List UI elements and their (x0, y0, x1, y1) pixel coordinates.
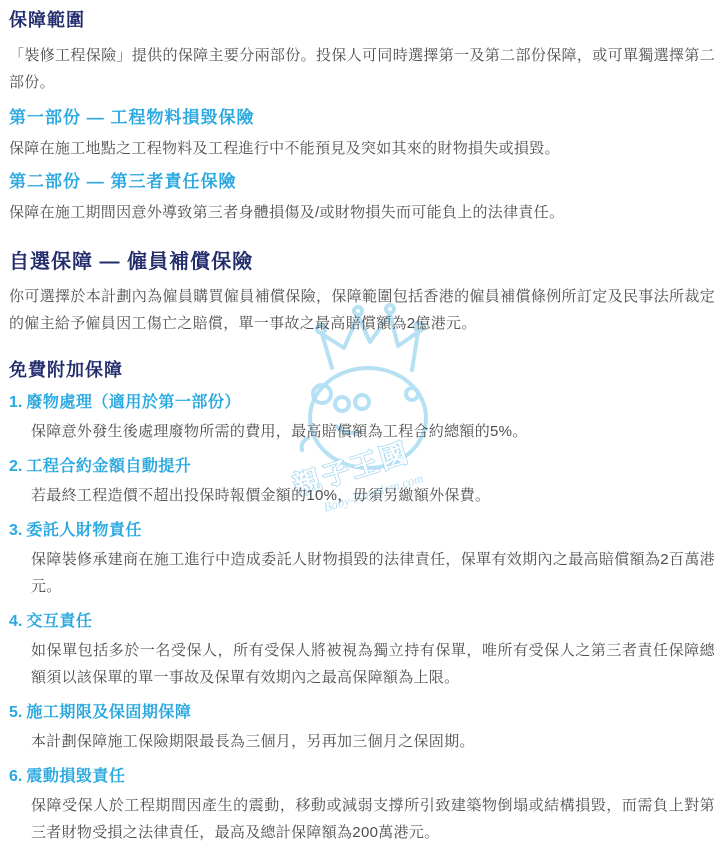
free-item-3-title: 委託人財物責任 (26, 522, 142, 539)
free-item-5-heading: 5.施工期限及保固期保障 (9, 703, 715, 723)
free-item-2-heading: 2.工程合約金額自動提升 (9, 457, 715, 477)
free-item-4-number: 4. (9, 613, 22, 630)
free-item-1-number: 1. (9, 394, 22, 411)
free-item-3-body: 保障裝修承建商在施工進行中造成委託人財物損毀的法律責任，保單有效期內之最高賠償額… (31, 546, 715, 600)
coverage-scope-title: 保障範圍 (9, 10, 715, 31)
free-item-3-heading: 3.委託人財物責任 (9, 521, 715, 541)
insurance-coverage-document: 親子王國 Baby-Kingdom.com 保障範圍 「裝修工程保險」提供的保障… (0, 0, 724, 856)
free-item-2-body: 若最終工程造價不超出投保時報價金額的10%，毋須另繳額外保費。 (31, 482, 715, 509)
free-additional-heading: 免費附加保障 (9, 360, 715, 381)
free-item-6-heading: 6.震動損毀責任 (9, 767, 715, 787)
free-item-1-body: 保障意外發生後處理廢物所需的費用，最高賠償額為工程合約總額的5%。 (31, 418, 715, 445)
part-two-heading: 第二部份 — 第三者責任保險 (9, 172, 715, 192)
free-item-4-body: 如保單包括多於一名受保人，所有受保人將被視為獨立持有保單，唯所有受保人之第三者責… (31, 637, 715, 691)
free-item-1-title: 廢物處理（適用於第一部份） (26, 394, 241, 411)
part-one-heading: 第一部份 — 工程物料損毀保險 (9, 108, 715, 128)
free-item-1-heading: 1.廢物處理（適用於第一部份） (9, 393, 715, 413)
free-item-6-body: 保障受保人於工程期間因產生的震動，移動或減弱支撐所引致建築物倒塌或結構損毀，而需… (31, 792, 715, 846)
free-item-4-heading: 4.交互責任 (9, 612, 715, 632)
free-item-2-title: 工程合約金額自動提升 (26, 458, 191, 475)
free-item-2-number: 2. (9, 458, 22, 475)
optional-cover-body: 你可選擇於本計劃內為僱員購買僱員補償保險，保障範圍包括香港的僱員補償條例所訂定及… (9, 283, 715, 337)
free-item-4-title: 交互責任 (26, 613, 92, 630)
part-two-body: 保障在施工期間因意外導致第三者身體損傷及/或財物損失而可能負上的法律責任。 (9, 199, 715, 226)
free-item-6-title: 震動損毀責任 (26, 768, 125, 785)
intro-paragraph: 「裝修工程保險」提供的保障主要分兩部份。投保人可同時選擇第一及第二部份保障，或可… (9, 42, 715, 96)
part-one-body: 保障在施工地點之工程物料及工程進行中不能預見及突如其來的財物損失或損毀。 (9, 135, 715, 162)
free-item-5-title: 施工期限及保固期保障 (26, 704, 191, 721)
free-item-6-number: 6. (9, 768, 22, 785)
free-item-5-body: 本計劃保障施工保險期限最長為三個月，另再加三個月之保固期。 (31, 728, 715, 755)
optional-cover-heading: 自選保障 — 僱員補償保險 (9, 251, 715, 274)
free-item-3-number: 3. (9, 522, 22, 539)
free-item-5-number: 5. (9, 704, 22, 721)
